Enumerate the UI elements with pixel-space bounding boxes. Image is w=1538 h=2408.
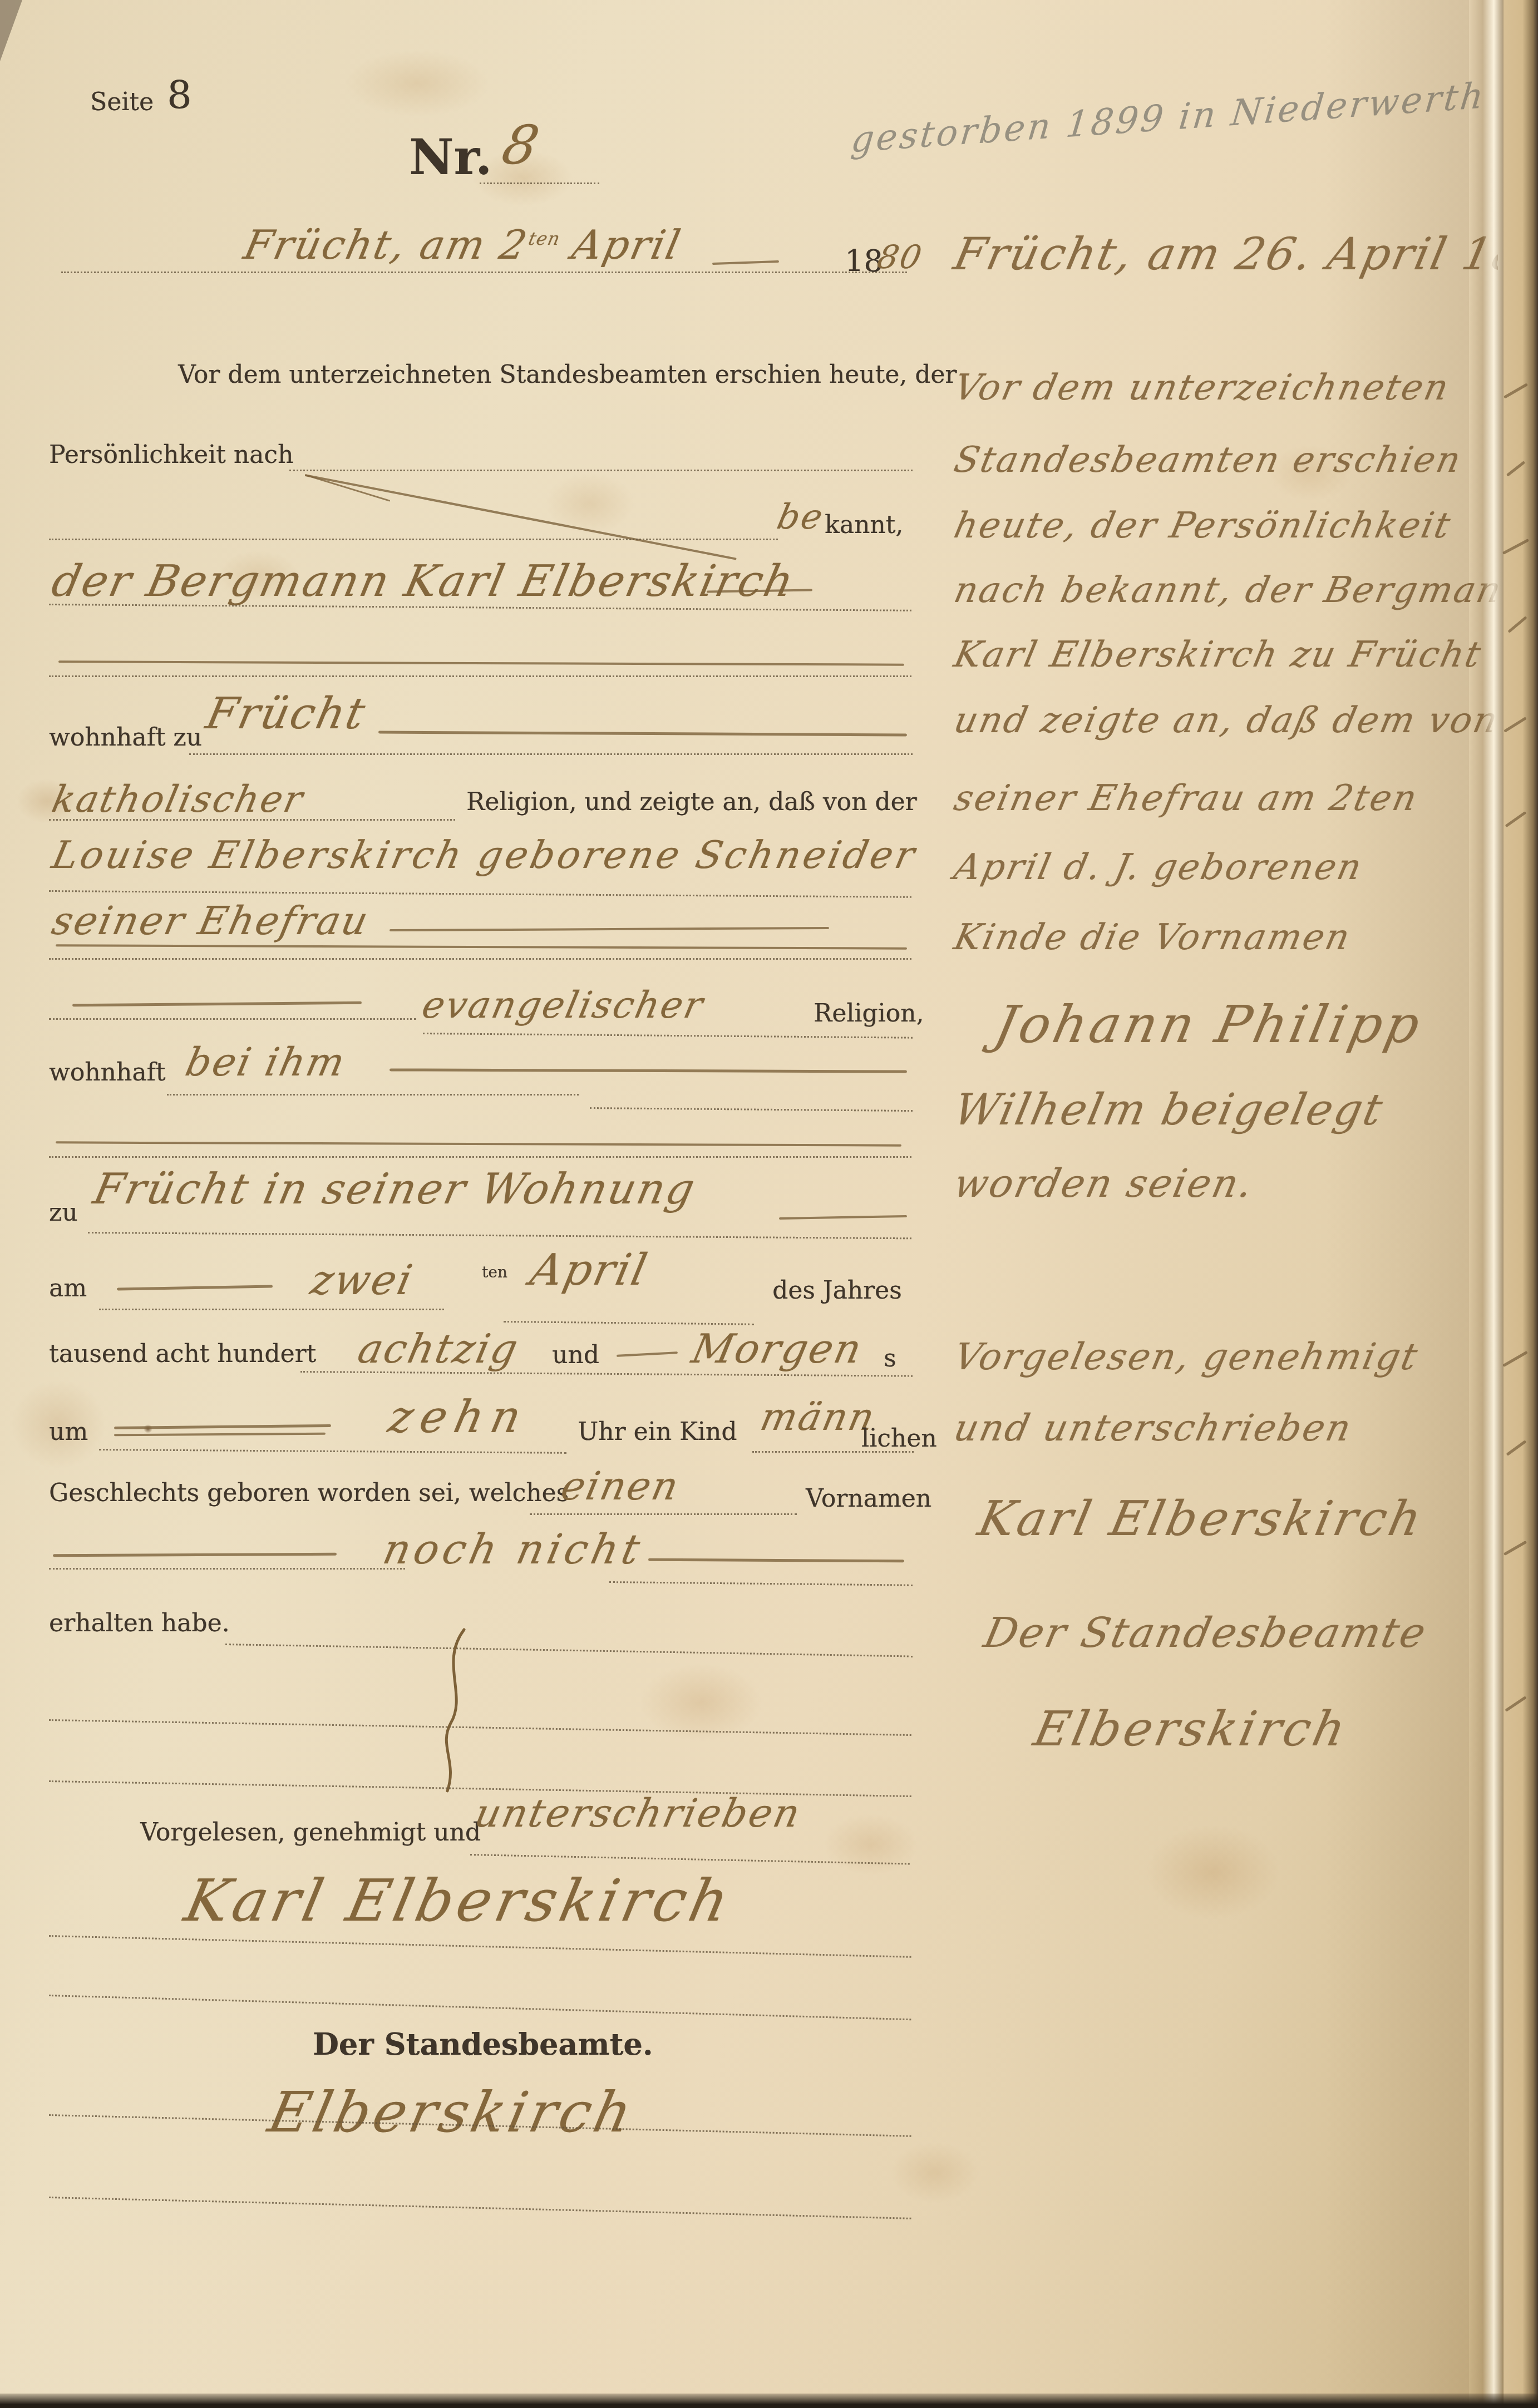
- record-number-label: Nr.: [409, 128, 492, 186]
- paper-stain: [345, 50, 490, 117]
- gutter-shade: [1324, 0, 1469, 2408]
- mother-name: Louise Elberskirch geborene Schneider: [48, 833, 921, 877]
- vorgelesen-label: Vorgelesen, genehmigt und: [140, 1818, 481, 1847]
- ink-strike-line: [56, 944, 907, 949]
- marginal-line: April d. J. geborenen: [950, 847, 1367, 888]
- residence-value: Frücht: [201, 689, 371, 739]
- dateline-text: Frücht, am 2: [240, 221, 533, 268]
- hour-value: zehn: [384, 1391, 533, 1443]
- zu-label: zu: [49, 1198, 78, 1227]
- dotted-line: [49, 1018, 416, 1020]
- marginal-line: Elberskirch: [1029, 1701, 1353, 1757]
- birth-day-value: zwei: [307, 1256, 418, 1304]
- persoenlichkeit-label: Persönlichkeit nach: [49, 441, 293, 469]
- page-label: Seite: [90, 88, 154, 116]
- dotted-line: [752, 1451, 914, 1453]
- dotted-line: [480, 182, 599, 184]
- ink-dash: [378, 731, 907, 737]
- religion2-value: evangelischer: [418, 984, 708, 1027]
- dotted-line: [88, 1232, 911, 1239]
- einen-value: einen: [557, 1463, 684, 1509]
- ink-flourish: [423, 1627, 484, 1794]
- geschlechts-label: Geschlechts geboren worden sei, welches: [49, 1479, 569, 1507]
- dotted-line: [470, 1854, 910, 1865]
- dotted-line: [504, 1321, 754, 1325]
- dotted-line: [99, 1449, 566, 1454]
- dotted-line: [49, 819, 455, 821]
- wohnhaft2-label: wohnhaft: [49, 1058, 165, 1087]
- dateline-ordinal-sup: ten: [526, 228, 562, 249]
- ink-dash: [53, 1553, 337, 1557]
- birthplace-value: Frücht in seiner Wohnung: [90, 1164, 701, 1213]
- dotted-line: [167, 1094, 579, 1096]
- day-ordinal-sup: ten: [482, 1263, 507, 1281]
- ink-dash: [72, 1001, 362, 1007]
- dateline-place-day: Frücht, am 2ten April: [240, 221, 686, 268]
- page-crease: [1469, 0, 1504, 2408]
- dotted-line: [225, 1644, 913, 1657]
- dotted-line: [49, 2197, 911, 2219]
- dotted-line: [289, 470, 913, 471]
- dotted-line: [99, 1309, 444, 1310]
- daytime-value: Morgen: [688, 1325, 867, 1372]
- gender-lichen-printed: lichen: [861, 1424, 937, 1453]
- ink-dash: [712, 260, 779, 265]
- dotted-line: [49, 890, 911, 898]
- registry-page: Seite 8 Nr. 8 gestorben 1899 in Niederwe…: [0, 0, 1538, 2408]
- dotted-line: [61, 272, 907, 273]
- ink-dash: [390, 1068, 907, 1073]
- noch-nicht-value: noch nicht: [379, 1526, 648, 1573]
- marginal-line: Kinde die Vornamen: [950, 917, 1355, 958]
- record-number-value: 8: [497, 114, 546, 176]
- standesbeamte-label: Der Standesbeamte.: [313, 2026, 653, 2062]
- page-number: 8: [167, 72, 192, 118]
- dateline-month: April: [568, 221, 686, 268]
- erhalten-habe-label: erhalten habe.: [49, 1609, 230, 1637]
- ink-strike-diagonal: [305, 474, 737, 560]
- um-label: um: [49, 1418, 88, 1446]
- dotted-line: [49, 539, 778, 540]
- uhr-kind-label: Uhr ein Kind: [578, 1418, 737, 1446]
- ink-strike-line: [58, 660, 904, 665]
- dotted-line: [49, 1568, 405, 1570]
- dotted-line: [49, 1995, 911, 2020]
- year-handwritten: 80: [874, 238, 926, 276]
- wohnhaft-zu-label: wohnhaft zu: [49, 723, 202, 752]
- dotted-line: [49, 958, 911, 960]
- ink-dash: [117, 1285, 273, 1291]
- religion1-printed: Religion, und zeigte an, daß von der: [466, 788, 917, 816]
- decade-value: achtzig: [354, 1325, 523, 1372]
- form-intro-line: Vor dem unterzeichneten Standesbeamten e…: [178, 361, 957, 389]
- scan-edge-bottom: [0, 2394, 1538, 2408]
- unterschrieben-value: unterschrieben: [471, 1790, 805, 1836]
- dotted-line: [49, 1156, 911, 1158]
- daytime-s-printed: s: [884, 1344, 896, 1373]
- ink-strike-line: [56, 1141, 901, 1146]
- signature-declarant: Karl Elberskirch: [179, 1867, 738, 1935]
- religion1-value: katholischer: [48, 778, 308, 821]
- marginal-line: Wilhelm beigelegt: [949, 1085, 1388, 1135]
- bei-ihm-value: bei ihm: [181, 1039, 350, 1085]
- dotted-line: [590, 1107, 913, 1112]
- scan-edge-corner: [0, 0, 22, 61]
- ink-dash: [779, 1215, 907, 1220]
- tausend-label: tausend acht hundert: [49, 1340, 316, 1368]
- mother-relation: seiner Ehefrau: [48, 898, 373, 944]
- ink-dash: [617, 1351, 678, 1357]
- ink-dash: [648, 1558, 904, 1562]
- adjacent-page-edge: [1504, 0, 1538, 2408]
- dotted-line: [49, 675, 911, 677]
- marginal-line: und unterschrieben: [950, 1407, 1357, 1449]
- dotted-line: [530, 1513, 797, 1515]
- des-jahres-label: des Jahres: [772, 1276, 902, 1305]
- ink-dash: [390, 927, 829, 931]
- religion2-printed: Religion,: [814, 999, 924, 1028]
- ink-dash: [114, 1424, 331, 1429]
- am-label: am: [49, 1274, 87, 1302]
- bekannt-printed: kannt,: [825, 511, 903, 539]
- bekannt-handwritten: be: [773, 496, 828, 537]
- vornamen-label: Vornamen: [806, 1484, 931, 1513]
- dotted-line: [609, 1581, 913, 1586]
- declarant-name: der Bergmann Karl Elberskirch: [47, 556, 799, 606]
- ink-dash: [114, 1433, 326, 1437]
- und-label: und: [552, 1341, 599, 1369]
- dotted-line: [189, 753, 913, 755]
- dotted-line: [423, 1033, 913, 1039]
- marginal-line: worden seien.: [950, 1161, 1258, 1206]
- birth-month-value: April: [526, 1245, 653, 1295]
- dotted-line: [49, 1935, 911, 1958]
- signature-registrar: Elberskirch: [263, 2080, 641, 2145]
- paper-stain: [824, 1814, 918, 1875]
